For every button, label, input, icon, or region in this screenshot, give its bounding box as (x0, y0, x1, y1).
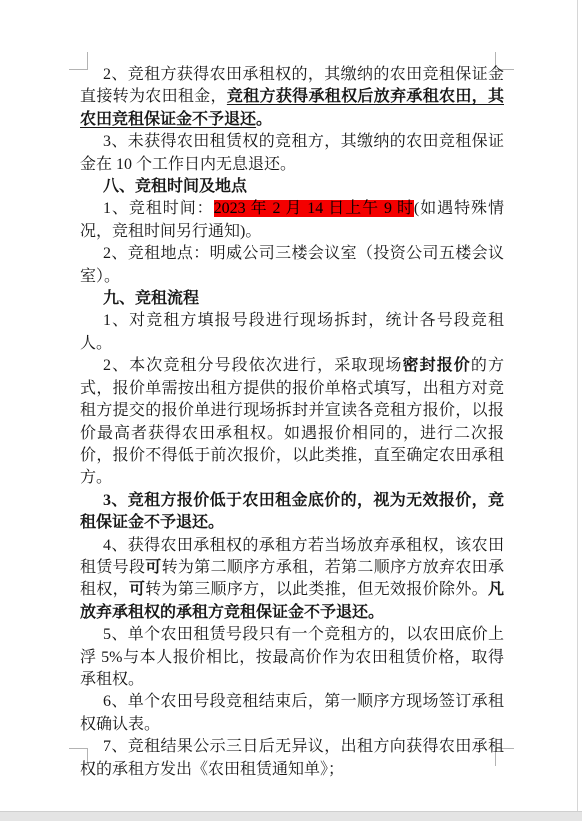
text-run: 2、本次竞租分号段依次进行，采取现场 (103, 357, 403, 374)
text-run: 转为第三顺序方，以此类推，但无效报价除外。 (145, 581, 488, 598)
text-run: 3、竞租方报价低于农田租金底价的，视为无效报价，竞租保证金不予退还。 (80, 492, 504, 531)
para-process-1[interactable]: 1、对竞租方填报号段进行现场拆封，统计各号段竞租人。 (80, 310, 504, 355)
para-process-7[interactable]: 7、竞租结果公示三日后无异议，出租方向获得农田承租权的承租方发出《农田租赁通知单… (80, 736, 504, 781)
text-run: 可 (129, 581, 145, 598)
para-deposit-to-rent[interactable]: 2、竞租方获得农田承租权的，其缴纳的农田竞租保证金直接转为农田租金，竞租方获得承… (80, 64, 504, 131)
para-bid-place[interactable]: 2、竞租地点：明威公司三楼会议室（投资公司五楼会议室）。 (80, 243, 504, 288)
para-process-2[interactable]: 2、本次竞租分号段依次进行，采取现场密封报价的方式，报价单需按出租方提供的报价单… (80, 355, 504, 489)
para-process-3[interactable]: 3、竞租方报价低于农田租金底价的，视为无效报价，竞租保证金不予退还。 (80, 490, 504, 535)
text-run: 九、竞租流程 (103, 290, 199, 307)
text-run: 2、竞租地点：明威公司三楼会议室（投资公司五楼会议室）。 (80, 245, 504, 284)
document-window: { "page": { "bg": "#ffffff", "outside_bg… (0, 0, 582, 821)
page-outside-background (0, 811, 582, 821)
text-run: 八、竞租时间及地点 (103, 178, 247, 195)
page-edge-line (577, 0, 578, 812)
heading-bid-process[interactable]: 九、竞租流程 (80, 288, 504, 310)
heading-time-and-place[interactable]: 八、竞租时间及地点 (80, 176, 504, 198)
text-run: 可 (145, 559, 161, 576)
highlighted-text: 2023 年 2 月 14 日上午 9 时 (214, 200, 414, 217)
text-run: 的方式，报价单需按出租方提供的报价单格式填写，出租方对竞租方提交的报价单进行现场… (80, 357, 504, 486)
text-run: 5、单个农田租赁号段只有一个竞租方的，以农田底价上浮 5%与本人报价相比，按最高… (80, 626, 504, 688)
document-page[interactable]: 2、竞租方获得农田承租权的，其缴纳的农田竞租保证金直接转为农田租金，竞租方获得承… (0, 0, 578, 812)
text-run: 3、未获得农田租赁权的竞租方，其缴纳的农田竞租保证金在 10 个工作日内无息退还… (80, 133, 504, 172)
para-deposit-refund[interactable]: 3、未获得农田租赁权的竞租方，其缴纳的农田竞租保证金在 10 个工作日内无息退还… (80, 131, 504, 176)
text-run: 1、竞租时间： (103, 200, 214, 217)
document-text[interactable]: 2、竞租方获得农田承租权的，其缴纳的农田竞租保证金直接转为农田租金，竞租方获得承… (80, 64, 504, 781)
text-run: 密封报价 (403, 357, 471, 374)
text-run: 。 (256, 111, 272, 128)
text-run: 1、对竞租方填报号段进行现场拆封，统计各号段竞租人。 (80, 312, 504, 351)
para-process-6[interactable]: 6、单个农田号段竞租结束后，第一顺序方现场签订承租权确认表。 (80, 691, 504, 736)
para-bid-time[interactable]: 1、竞租时间：2023 年 2 月 14 日上午 9 时(如遇特殊情况，竞租时间… (80, 198, 504, 243)
para-process-5[interactable]: 5、单个农田租赁号段只有一个竞租方的，以农田底价上浮 5%与本人报价相比，按最高… (80, 624, 504, 691)
text-run: 6、单个农田号段竞租结束后，第一顺序方现场签订承租权确认表。 (80, 693, 504, 732)
text-run: 7、竞租结果公示三日后无异议，出租方向获得农田承租权的承租方发出《农田租赁通知单… (80, 738, 504, 777)
para-process-4[interactable]: 4、获得农田承租权的承租方若当场放弃承租权，该农田租赁号段可转为第二顺序方承租，… (80, 535, 504, 625)
